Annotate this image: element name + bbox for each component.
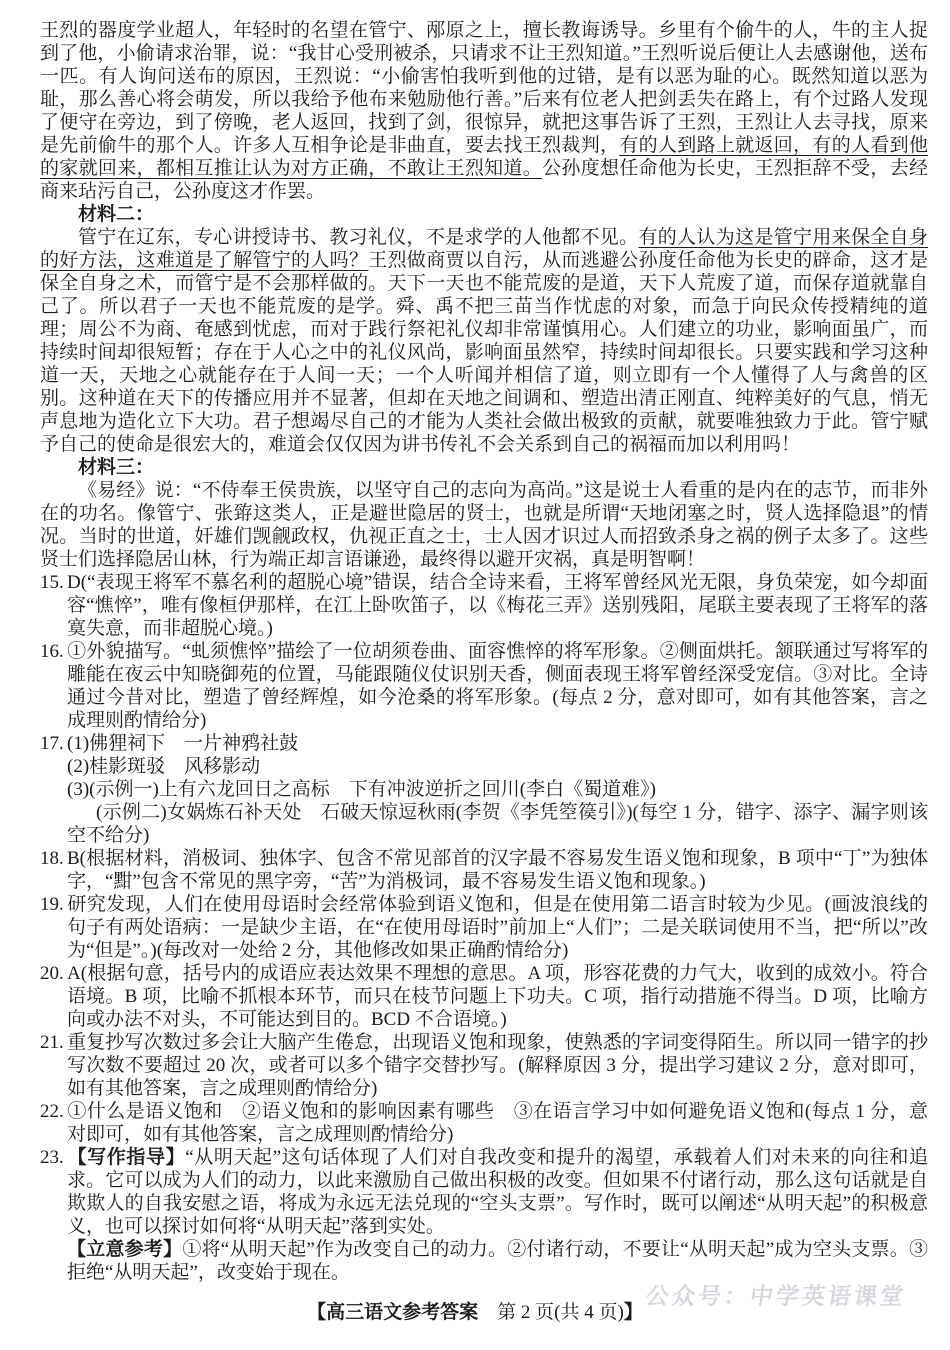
- watermark-text: 公众号：中学英语课堂: [644, 1283, 908, 1311]
- answer-text: 研究发现，人们在使用母语时会经常体验到语义饱和，但是在使用第二语言时较为少见。(…: [67, 894, 928, 961]
- answer-item-23: 23.【写作指导】“从明天起”这句话体现了人们对自我改变和提升的渴望，承载着人们…: [40, 1146, 928, 1238]
- answer-text: B(根据材料，消极词、独体字、包含不常见部首的汉字最不容易发生语义饱和现象，B …: [67, 848, 928, 892]
- question-number: 17.: [40, 732, 67, 755]
- answer-item-21: 21.重复抄写次数过多会让大脑产生倦怠，出现语义饱和现象，使熟悉的字词变得陌生。…: [40, 1031, 928, 1100]
- answer-item-17: 17.(1)佛狸祠下 一片神鸦社鼓: [40, 732, 928, 755]
- page-number: 第 2 页(共 4 页): [478, 1302, 624, 1323]
- answer-item-15: 15.D(“表现王将军不慕名利的超脱心境”错误，结合全诗来看，王将军曾经风光无限…: [40, 571, 928, 640]
- material2-translation: 管宁在辽东，专心讲授诗书、教习礼仪，不是求学的人他都不见。有的人认为这是管宁用来…: [40, 226, 928, 456]
- answer-17-subline: (2)桂影斑驳 风移影动: [67, 755, 928, 778]
- footer-title: 【高三语文参考答案: [307, 1302, 478, 1323]
- answer-text: 重复抄写次数过多会让大脑产生倦怠，出现语义饱和现象，使熟悉的字词变得陌生。所以同…: [67, 1032, 928, 1099]
- question-number: 19.: [40, 893, 67, 916]
- answer-23-intent: 【立意参考】①将“从明天起”作为改变自己的动力。②付诸行动，不要让“从明天起”成…: [67, 1238, 928, 1284]
- answer-text: A(根据句意，括号内的成语应表达效果不理想的意思。A 项，形容花费的力气大，收到…: [67, 963, 928, 1030]
- intent-reference-label: 【立意参考】: [67, 1239, 182, 1260]
- answer-text: ①什么是语义饱和 ②语义饱和的影响因素有哪些 ③在语言学习中如何避免语义饱和(每…: [67, 1101, 928, 1145]
- answer-item-22: 22.①什么是语义饱和 ②语义饱和的影响因素有哪些 ③在语言学习中如何避免语义饱…: [40, 1100, 928, 1146]
- writing-guide-label: 【写作指导】: [67, 1147, 185, 1168]
- answer-text: D(“表现王将军不慕名利的超脱心境”错误，结合全诗来看，王将军曾经风光无限，身负…: [67, 572, 928, 639]
- answer-item-20: 20.A(根据句意，括号内的成语应表达效果不理想的意思。A 项，形容花费的力气大…: [40, 962, 928, 1031]
- text-segment: 管宁在辽东，专心讲授诗书、教习礼仪，不是求学的人他都不见。: [78, 227, 638, 248]
- question-number: 21.: [40, 1031, 67, 1054]
- material3-heading: 材料三：: [78, 456, 928, 479]
- question-number: 18.: [40, 847, 67, 870]
- footer-close-bracket: 】: [624, 1302, 643, 1323]
- answer-text: “从明天起”这句话体现了人们对自我改变和提升的渴望，承载着人们对未来的向往和追求…: [67, 1147, 928, 1237]
- question-number: 23.: [40, 1146, 67, 1169]
- answer-text: ①外貌描写。“虬须憔悴”描绘了一位胡须卷曲、面容憔悴的将军形象。②侧面烘托。颔联…: [67, 641, 928, 731]
- question-number: 20.: [40, 962, 67, 985]
- question-number: 15.: [40, 571, 67, 594]
- answer-sheet-page: 王烈的器度学业超人，年轻时的名望在管宁、邴原之上，擅长教诲诱导。乡里有个偷牛的人…: [40, 19, 928, 1284]
- question-number: 22.: [40, 1100, 67, 1123]
- answer-text: ①将“从明天起”作为改变自己的动力。②付诸行动，不要让“从明天起”成为空头支票。…: [67, 1239, 928, 1283]
- material1-translation: 王烈的器度学业超人，年轻时的名望在管宁、邴原之上，擅长教诲诱导。乡里有个偷牛的人…: [40, 19, 928, 203]
- answer-text: (1)佛狸祠下 一片神鸦社鼓: [67, 733, 298, 754]
- question-number: 16.: [40, 640, 67, 663]
- answer-17-subline: (3)(示例一)上有六龙回日之高标 下有冲波逆折之回川(李白《蜀道难》): [67, 778, 928, 801]
- answer-item-16: 16.①外貌描写。“虬须憔悴”描绘了一位胡须卷曲、面容憔悴的将军形象。②侧面烘托…: [40, 640, 928, 732]
- material3-translation: 《易经》说：“不侍奉王侯贵族，以坚守自己的志向为高尚。”这是说士人看重的是内在的…: [40, 479, 928, 571]
- text-segment: 王烈做商贾以自污，从而逃避公孙度任命他为长史的辟命，这才是保全自身之术，而管宁是…: [40, 250, 928, 455]
- answer-item-18: 18.B(根据材料，消极词、独体字、包含不常见部首的汉字最不容易发生语义饱和现象…: [40, 847, 928, 893]
- answer-17-subline: (示例二)女娲炼石补天处 石破天惊逗秋雨(李贺《李凭箜篌引》)(每空 1 分，错…: [67, 801, 928, 847]
- answer-item-19: 19.研究发现，人们在使用母语时会经常体验到语义饱和，但是在使用第二语言时较为少…: [40, 893, 928, 962]
- material2-heading: 材料二：: [78, 203, 928, 226]
